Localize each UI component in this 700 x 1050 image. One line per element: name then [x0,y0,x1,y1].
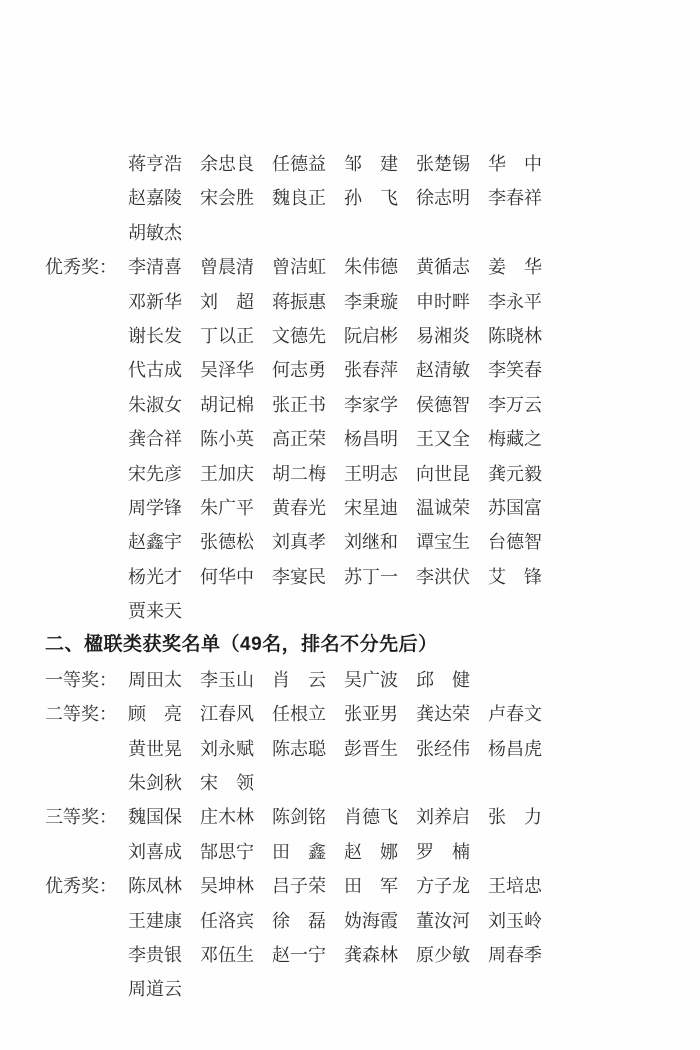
awardee-name: 申时畔 [416,285,470,319]
awardee-name: 朱淑女 [128,388,182,422]
awardee-name: 田 鑫 [272,835,326,869]
awardee-name: 王又全 [416,422,470,456]
awardee-name: 谭宝生 [416,525,470,559]
name-row: 邓新华刘 超蒋振惠李秉璇申时畔李永平 [45,285,670,319]
awardee-name: 谢长发 [128,319,182,353]
awardee-name: 何志勇 [272,353,326,387]
awardee-name: 刘养启 [416,800,470,834]
awardee-name: 苏国富 [488,491,542,525]
awardee-name: 宋会胜 [200,181,254,215]
name-row: 周学锋朱广平黄春光宋星迪温诚荣苏国富 [45,491,670,525]
awardee-name: 苏丁一 [344,560,398,594]
awardee-name: 刘永赋 [200,732,254,766]
awardee-name: 周道云 [128,972,182,1006]
awardee-name: 龚元毅 [488,457,542,491]
awardee-name: 魏国保 [128,800,182,834]
awardee-name: 代古成 [128,353,182,387]
award-rank-label: 优秀奖： [45,869,128,903]
awardee-name: 刘 超 [200,285,254,319]
awardee-name: 李万云 [488,388,542,422]
awardee-name: 李秉璇 [344,285,398,319]
awardee-name: 胡记棉 [200,388,254,422]
awardee-name: 张亚男 [344,697,398,731]
awardee-name: 徐 磊 [272,904,326,938]
awardee-name: 李笑春 [488,353,542,387]
awardee-name: 王加庆 [200,457,254,491]
awardee-name: 张 力 [488,800,542,834]
name-row: 胡敏杰 [45,216,670,250]
awardee-name: 李宴民 [272,560,326,594]
awardee-name: 徐志明 [416,181,470,215]
awardee-name: 王明志 [344,457,398,491]
section-heading: 二、楹联类获奖名单（49名，排名不分先后） [45,628,670,662]
name-row: 优秀奖：李清喜曾晨清曾洁虹朱伟德黄循志姜 华 [45,250,670,284]
awardee-name: 邹 建 [344,147,398,181]
awardee-name: 陈志聪 [272,732,326,766]
name-row: 蒋亨浩余忠良任德益邹 建张楚锡华 中 [45,147,670,181]
awardee-name: 黄循志 [416,250,470,284]
awardee-name: 曾晨清 [200,250,254,284]
name-row: 三等奖：魏国保庄木林陈剑铭肖德飞刘养启张 力 [45,800,670,834]
awardee-name: 赵嘉陵 [128,181,182,215]
awardee-name: 丁以正 [200,319,254,353]
name-row: 李贵银邓伍生赵一宁龚森林原少敏周春季 [45,938,670,972]
awardee-name: 刘真孝 [272,525,326,559]
awardee-name: 梅藏之 [488,422,542,456]
name-row: 黄世晃刘永赋陈志聪彭晋生张经伟杨昌虎 [45,732,670,766]
awardee-name: 张春萍 [344,353,398,387]
awardee-name: 龚达荣 [416,697,470,731]
awardee-name: 刘喜成 [128,835,182,869]
awardee-name: 张正书 [272,388,326,422]
awardee-name: 侯德智 [416,388,470,422]
awardee-name: 黄世晃 [128,732,182,766]
awardee-name: 蒋振惠 [272,285,326,319]
awardee-name: 李玉山 [200,663,254,697]
awardee-name: 杨光才 [128,560,182,594]
awardee-name: 周春季 [488,938,542,972]
awardee-name: 黄春光 [272,491,326,525]
awardee-name: 刘继和 [344,525,398,559]
awardee-name: 杨昌虎 [488,732,542,766]
awardee-name: 张楚锡 [416,147,470,181]
awardee-name: 胡敏杰 [128,216,182,250]
awardee-name: 朱广平 [200,491,254,525]
awardee-name: 赵鑫宇 [128,525,182,559]
awardee-name: 温诚荣 [416,491,470,525]
award-list-document: 蒋亨浩余忠良任德益邹 建张楚锡华 中赵嘉陵宋会胜魏良正孙 飞徐志明李春祥胡敏杰优… [0,0,700,1050]
name-row: 一等奖：周田太李玉山肖 云吴广波邱 健 [45,663,670,697]
awardee-name: 邱 健 [416,663,470,697]
name-row: 朱剑秋宋 领 [45,766,670,800]
awardee-name: 宋先彦 [128,457,182,491]
awardee-name: 宋 领 [200,766,254,800]
awardee-name: 龚森林 [344,938,398,972]
awardee-name: 顾 亮 [128,697,182,731]
awardee-name: 赵一宁 [272,938,326,972]
awardee-name: 妫海霞 [344,904,398,938]
awardee-name: 何华中 [200,560,254,594]
awardee-name: 宋星迪 [344,491,398,525]
name-row: 王建康任洛宾徐 磊妫海霞董汝河刘玉岭 [45,904,670,938]
awardee-name: 任德益 [272,147,326,181]
awardee-name: 贾来天 [128,594,182,628]
awardee-name: 吴坤林 [200,869,254,903]
awardee-name: 张经伟 [416,732,470,766]
name-row: 代古成吴泽华何志勇张春萍赵清敏李笑春 [45,353,670,387]
awardee-name: 李贵银 [128,938,182,972]
awardee-name: 田 军 [344,869,398,903]
awardee-name: 赵 娜 [344,835,398,869]
awardee-name: 彭晋生 [344,732,398,766]
awardee-name: 董汝河 [416,904,470,938]
awardee-name: 庄木林 [200,800,254,834]
awardee-name: 周田太 [128,663,182,697]
name-row: 赵嘉陵宋会胜魏良正孙 飞徐志明李春祥 [45,181,670,215]
awardee-name: 曾洁虹 [272,250,326,284]
awardee-name: 姜 华 [488,250,542,284]
awardee-name: 邓伍生 [200,938,254,972]
awardee-name: 陈凤林 [128,869,182,903]
award-rank-label: 三等奖： [45,800,128,834]
awardee-name: 李永平 [488,285,542,319]
awardee-name: 陈剑铭 [272,800,326,834]
name-row: 二等奖：顾 亮江春风任根立张亚男龚达荣卢春文 [45,697,670,731]
awardee-name: 朱伟德 [344,250,398,284]
awardee-name: 赵清敏 [416,353,470,387]
award-rank-label: 二等奖： [45,697,128,731]
awardee-name: 魏良正 [272,181,326,215]
name-row: 杨光才何华中李宴民苏丁一李洪伏艾 锋 [45,560,670,594]
awardee-name: 周学锋 [128,491,182,525]
awardee-name: 王培忠 [488,869,542,903]
name-row: 宋先彦王加庆胡二梅王明志向世昆龚元毅 [45,457,670,491]
awardee-name: 王建康 [128,904,182,938]
awardee-name: 刘玉岭 [488,904,542,938]
awardee-name: 邓新华 [128,285,182,319]
awardee-name: 艾 锋 [488,560,542,594]
awardee-name: 罗 楠 [416,835,470,869]
awardee-name: 吴广波 [344,663,398,697]
awardee-name: 高正荣 [272,422,326,456]
awardee-name: 台德智 [488,525,542,559]
awardee-name: 卢春文 [488,697,542,731]
name-row: 赵鑫宇张德松刘真孝刘继和谭宝生台德智 [45,525,670,559]
name-row: 周道云 [45,972,670,1006]
awardee-name: 任根立 [272,697,326,731]
awardee-name: 蒋亨浩 [128,147,182,181]
awardee-name: 孙 飞 [344,181,398,215]
awardee-name: 肖德飞 [344,800,398,834]
name-row: 朱淑女胡记棉张正书李家学侯德智李万云 [45,388,670,422]
awardee-name: 江春风 [200,697,254,731]
name-row: 贾来天 [45,594,670,628]
name-row: 龚合祥陈小英高正荣杨昌明王又全梅藏之 [45,422,670,456]
awardee-name: 龚合祥 [128,422,182,456]
awardee-name: 余忠良 [200,147,254,181]
name-row: 谢长发丁以正文德先阮启彬易湘炎陈晓林 [45,319,670,353]
name-row: 刘喜成郜思宁田 鑫赵 娜罗 楠 [45,835,670,869]
awardee-name: 文德先 [272,319,326,353]
awardee-name: 华 中 [488,147,542,181]
awardee-name: 胡二梅 [272,457,326,491]
name-row: 优秀奖：陈凤林吴坤林吕子荣田 军方子龙王培忠 [45,869,670,903]
awardee-name: 陈晓林 [488,319,542,353]
awardee-name: 杨昌明 [344,422,398,456]
award-rank-label: 优秀奖： [45,250,128,284]
awardee-name: 郜思宁 [200,835,254,869]
awardee-name: 阮启彬 [344,319,398,353]
awardee-name: 易湘炎 [416,319,470,353]
awardee-name: 朱剑秋 [128,766,182,800]
awardee-name: 李洪伏 [416,560,470,594]
awardee-name: 方子龙 [416,869,470,903]
awardee-name: 吕子荣 [272,869,326,903]
awardee-name: 李清喜 [128,250,182,284]
awardee-name: 陈小英 [200,422,254,456]
awardee-name: 原少敏 [416,938,470,972]
awardee-name: 李春祥 [488,181,542,215]
awardee-name: 肖 云 [272,663,326,697]
awardee-name: 李家学 [344,388,398,422]
awardee-name: 吴泽华 [200,353,254,387]
awardee-name: 张德松 [200,525,254,559]
awardee-name: 向世昆 [416,457,470,491]
award-rank-label: 一等奖： [45,663,128,697]
awardee-name: 任洛宾 [200,904,254,938]
